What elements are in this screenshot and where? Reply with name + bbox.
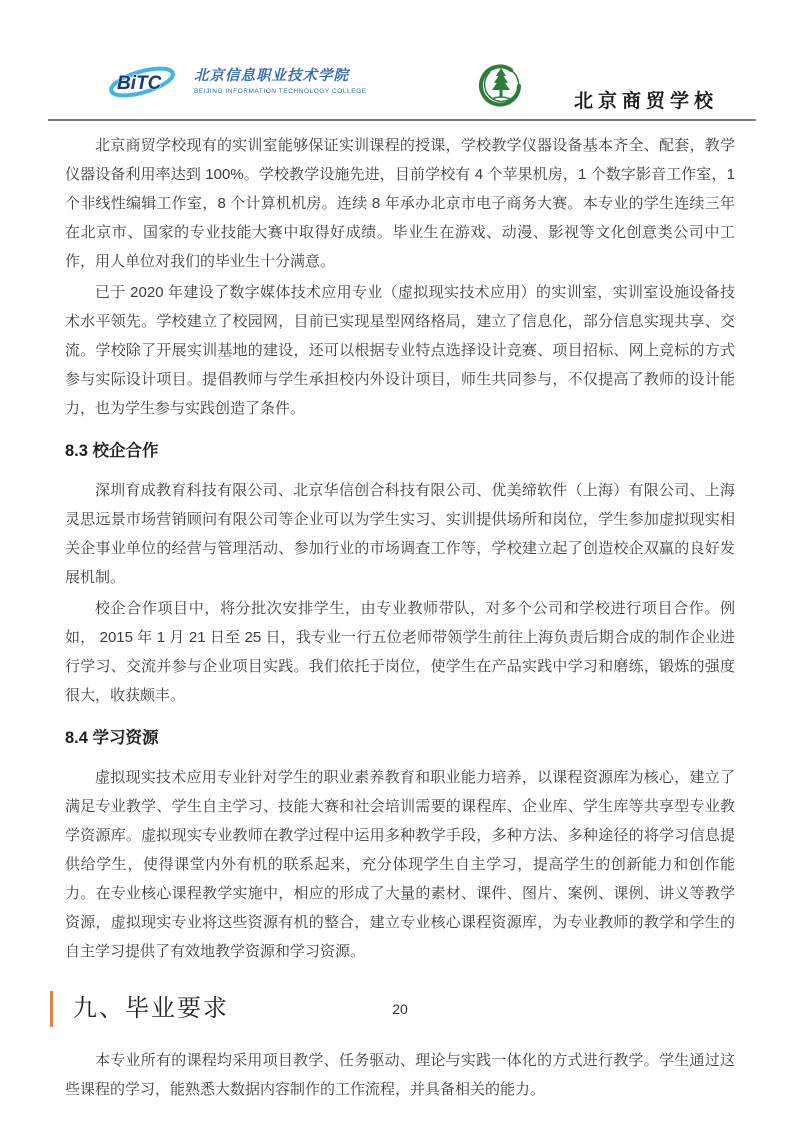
header-divider [48,119,756,121]
section-heading-8-3: 8.3 校企合作 [65,439,735,463]
paragraph-facilities-2: 已于 2020 年建设了数字媒体技术应用专业（虚拟现实技术应用）的实训室，实训室… [65,278,735,423]
paragraph-cooperation-2: 校企合作项目中，将分批次安排学生，由专业教师带队，对多个公司和学校进行项目合作。… [65,594,735,710]
paragraph-graduation: 本专业所有的课程均采用项目教学、任务驱动、理论与实践一体化的方式进行教学。学生通… [65,1046,735,1104]
document-page: BiTC 北京信息职业技术学院 BEIJING INFORMATION TECH… [0,0,800,1131]
bitc-english-name: BEIJING INFORMATION TECHNOLOGY COLLEGE [194,88,367,95]
bitc-logo: BiTC 北京信息职业技术学院 BEIJING INFORMATION TECH… [104,56,367,108]
bitc-acronym: BiTC [117,73,162,94]
section-heading-8-4: 8.4 学习资源 [65,726,735,750]
pine-tree-emblem-icon [478,62,524,114]
paragraph-cooperation-1: 深圳育成教育科技有限公司、北京华信创合科技有限公司、优美缔软件（上海）有限公司、… [65,476,735,592]
bitc-names: 北京信息职业技术学院 BEIJING INFORMATION TECHNOLOG… [194,64,367,95]
paragraph-resources: 虚拟现实技术应用专业针对学生的职业素养教育和职业能力培养，以课程资源库为核心，建… [65,763,735,966]
bitc-logo-icon: BiTC [104,60,190,104]
document-body: 北京商贸学校现有的实训室能够保证实训课程的授课，学校教学仪器设备基本齐全、配套，… [65,131,735,1106]
page-number: 20 [0,1001,800,1017]
paragraph-facilities-1: 北京商贸学校现有的实训室能够保证实训课程的授课，学校教学仪器设备基本齐全、配套，… [65,131,735,276]
school-name: 北京商贸学校 [574,86,718,113]
bitc-chinese-name: 北京信息职业技术学院 [194,64,367,85]
